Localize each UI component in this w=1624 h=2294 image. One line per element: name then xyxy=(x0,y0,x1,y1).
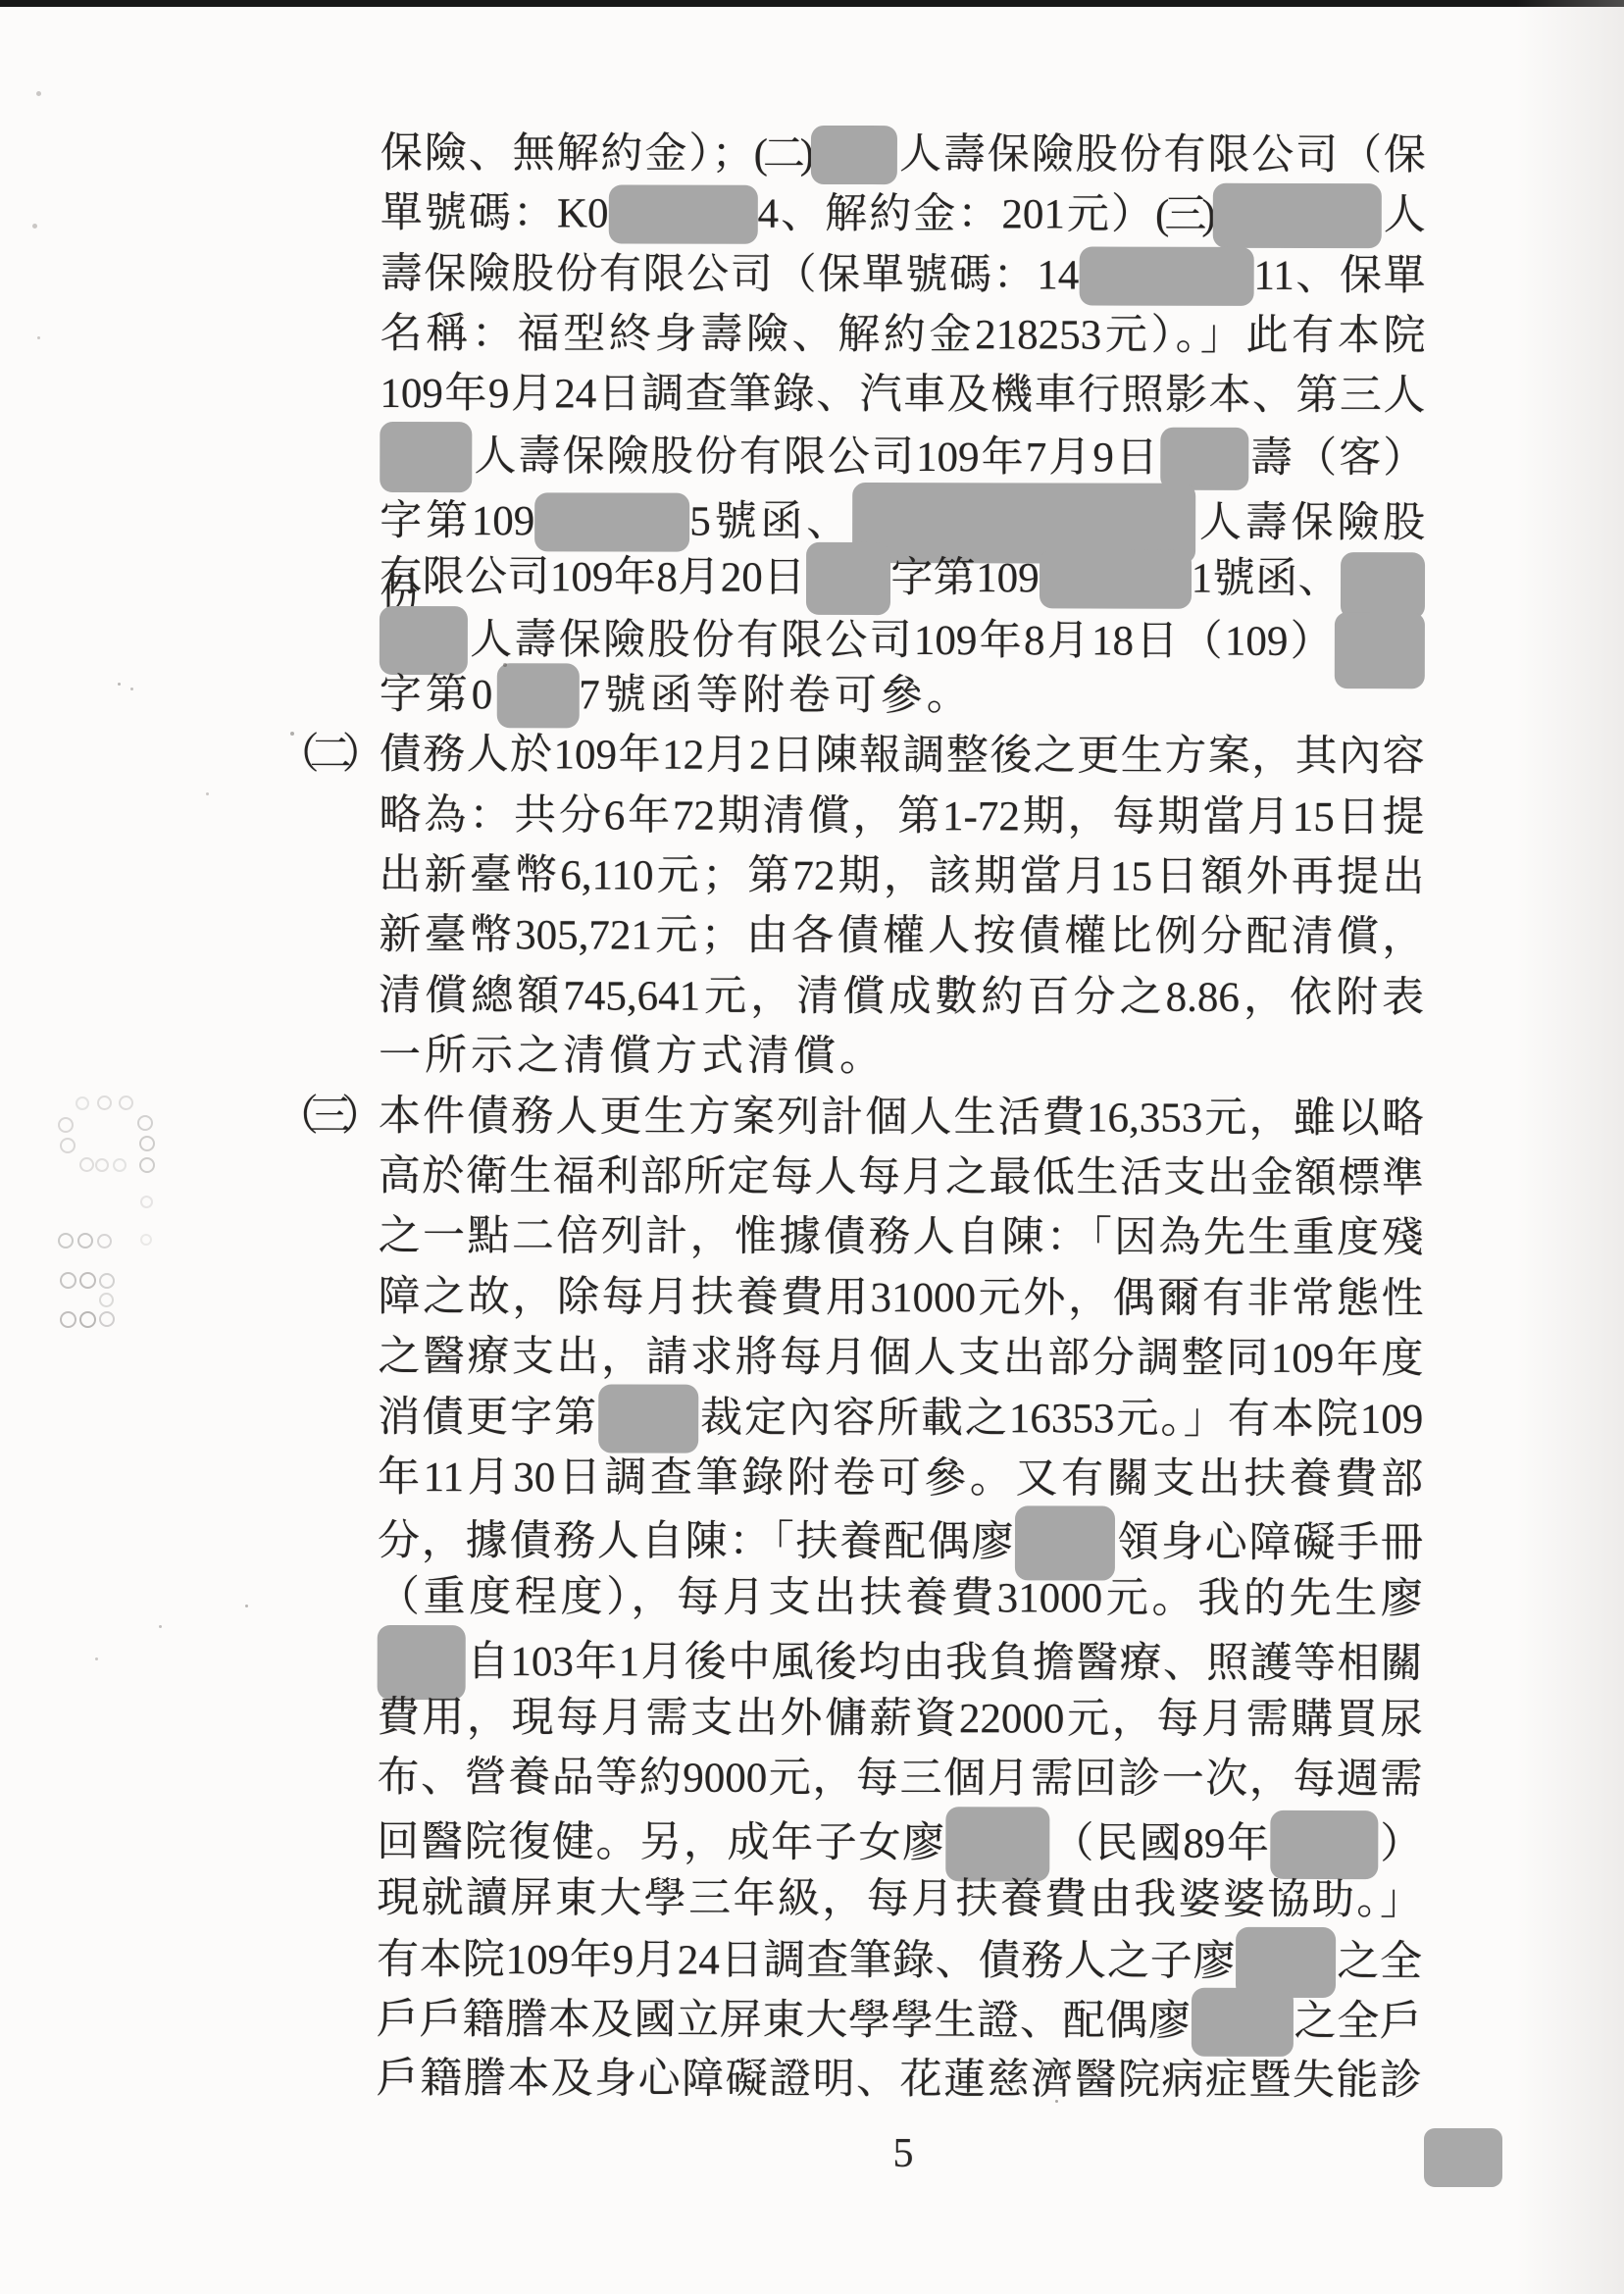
text-line: 回醫院復健。另，成年子女廖（民國89年） xyxy=(377,1809,1422,1871)
text-segment: 裁定內容所載之16353元。」有本院109 xyxy=(698,1396,1423,1444)
text-line: 戶籍謄本及身心障礙證明、花蓮慈濟醫院病症暨失能診 xyxy=(377,2049,1422,2112)
text-segment: 戶籍謄本及身心障礙證明、花蓮慈濟醫院病症暨失能診 xyxy=(377,2056,1422,2104)
text-segment: 5號函、 xyxy=(689,499,852,545)
text-line: 109年9月24日調查筆錄、汽車及機車行照影本、第三人 xyxy=(380,364,1425,427)
ink-speck xyxy=(690,2081,694,2085)
ink-speck xyxy=(206,792,209,795)
ink-speck xyxy=(503,663,507,667)
text-line: 字第07號函等附卷可參。 xyxy=(380,665,1425,728)
ink-speck xyxy=(32,224,37,229)
text-line: 單號碼：K04、解約金：201元）(三)人 xyxy=(381,183,1426,246)
redaction-box xyxy=(609,185,758,244)
punch-hole-ghost-mark xyxy=(137,1115,153,1131)
punch-hole-ghost-mark xyxy=(79,1311,96,1328)
punch-hole-ghost-mark xyxy=(95,1158,109,1172)
text-segment: 保險、無解約金）； xyxy=(381,130,754,178)
text-segment: 出新臺幣6,110元；第72期，該期當月15日額外再提出 xyxy=(379,852,1424,900)
punch-hole-ghost-mark xyxy=(119,1096,133,1110)
text-segment: 略為：共分6年72期清償，第1-72期，每期當月15日提 xyxy=(379,792,1424,841)
text-segment: 現就讀屏東大學三年級，每月扶養費由我婆婆協助。」 xyxy=(377,1875,1422,1923)
text-line: 字第1095號函、人壽保險股份 xyxy=(380,484,1425,547)
ink-speck xyxy=(245,1605,248,1607)
parenthesized-number: (二) xyxy=(754,131,808,178)
punch-hole-ghost-mark xyxy=(139,1157,155,1173)
document-body-text: 保險、無解約金）；(二)人壽保險股份有限公司（保單號碼：K04、解約金：201元… xyxy=(377,124,1426,2112)
text-segment: 人壽保險股份有限公司109年7月9日 xyxy=(472,433,1160,481)
text-segment: 4、解約金：201元） xyxy=(758,191,1156,238)
punch-hole-ghost-mark xyxy=(77,1233,93,1249)
ink-speck xyxy=(159,1625,162,1628)
text-segment: 1號函、 xyxy=(1192,556,1341,602)
text-segment: 高於衛生福利部所定每人每月之最低生活支出金額標準 xyxy=(379,1153,1424,1201)
text-line: 有限公司109年8月20日字第1091號函、 xyxy=(380,544,1425,607)
text-segment: 之全戶 xyxy=(1294,1998,1422,2044)
text-segment: 字第109 xyxy=(890,555,1040,601)
text-line: 名稱：福型終身壽險、解約金218253元）。」此有本院 xyxy=(380,304,1425,367)
punch-hole-ghost-mark xyxy=(113,1158,127,1172)
text-segment: 障之故，除每月扶養費用31000元外，偶爾有非常態性 xyxy=(378,1274,1423,1322)
text-segment: 之醫療支出，請求將每月個人支出部分調整同109年度 xyxy=(378,1334,1423,1382)
redaction-box xyxy=(598,1385,698,1453)
punch-hole-ghost-mark xyxy=(58,1233,74,1249)
text-segment: 有限公司109年8月20日 xyxy=(380,554,806,601)
text-line: 年11月30日調查筆錄附卷可參。又有關支出扶養費部 xyxy=(378,1448,1423,1510)
ink-speck xyxy=(130,688,133,690)
text-segment: 人壽保險股份有限公司（保 xyxy=(897,131,1426,178)
ink-speck xyxy=(37,336,40,339)
redaction-box xyxy=(1079,246,1253,305)
text-segment: 有本院109年9月24日調查筆錄、債務人之子廖 xyxy=(377,1937,1236,1985)
punch-hole-ghost-mark xyxy=(76,1096,89,1110)
punch-hole-ghost-mark xyxy=(60,1138,76,1153)
text-line: 障之故，除每月扶養費用31000元外，偶爾有非常態性 xyxy=(378,1267,1423,1330)
text-segment: 消債更字第 xyxy=(378,1395,598,1441)
text-line: 出新臺幣6,110元；第72期，該期當月15日額外再提出 xyxy=(379,845,1424,908)
text-line: 之醫療支出，請求將每月個人支出部分調整同109年度 xyxy=(378,1327,1423,1390)
text-line: 高於衛生福利部所定每人每月之最低生活支出金額標準 xyxy=(379,1147,1424,1209)
redaction-box xyxy=(1271,1810,1379,1879)
page-number: 5 xyxy=(381,2130,1426,2177)
section-marker: （三） xyxy=(277,1086,374,1147)
ink-speck xyxy=(118,683,121,686)
text-segment: （重度程度），每月支出扶養費31000元。我的先生廖 xyxy=(378,1574,1423,1622)
text-line: 自103年1月後中風後均由我負擔醫療、照護等相關 xyxy=(378,1628,1423,1691)
punch-hole-ghost-mark xyxy=(97,1234,112,1249)
redaction-box xyxy=(811,126,897,184)
text-line: 分，據債務人自陳：「扶養配偶廖領身心障礙手冊 xyxy=(378,1507,1423,1570)
text-segment: 自103年1月後中風後均由我負擔醫療、照護等相關 xyxy=(466,1639,1423,1687)
text-segment: （民國89年 xyxy=(1050,1820,1271,1866)
punch-hole-ghost-mark xyxy=(99,1273,115,1289)
text-line: 戶戶籍謄本及國立屏東大學學生證、配偶廖之全戶 xyxy=(377,1989,1422,2052)
ink-speck xyxy=(95,1657,98,1660)
corner-redaction-box xyxy=(1424,2128,1502,2187)
ink-speck xyxy=(36,91,41,96)
text-segment: 布、營養品等約9000元，每三個月需回診一次，每週需 xyxy=(377,1755,1422,1803)
text-segment: 戶戶籍謄本及國立屏東大學學生證、配偶廖 xyxy=(377,1997,1192,2045)
redaction-box xyxy=(1160,427,1248,489)
parenthesized-number: (三) xyxy=(1155,192,1209,238)
text-line: 清償總額745,641元，清償成數約百分之8.86，依附表 xyxy=(379,966,1424,1029)
redaction-box xyxy=(806,542,890,615)
text-segment: 單號碼：K0 xyxy=(381,190,609,236)
scanned-document-page: 保險、無解約金）；(二)人壽保險股份有限公司（保單號碼：K04、解約金：201元… xyxy=(0,0,1624,2294)
punch-hole-ghost-mark xyxy=(140,1234,152,1246)
redaction-box xyxy=(1040,550,1192,609)
punch-hole-ghost-mark xyxy=(99,1293,114,1307)
text-segment: 11、保單 xyxy=(1253,253,1425,299)
text-line: 略為：共分6年72期清償，第1-72期，每期當月15日提 xyxy=(379,786,1424,848)
text-segment: 一所示之清償方式清償。 xyxy=(379,1033,886,1080)
text-segment: 人 xyxy=(1382,192,1426,238)
text-segment: 清償總額745,641元，清償成數約百分之8.86，依附表 xyxy=(379,973,1424,1021)
text-segment: 109年9月24日調查筆錄、汽車及機車行照影本、第三人 xyxy=(380,371,1425,419)
redaction-box xyxy=(1213,183,1382,248)
ink-speck xyxy=(290,732,294,736)
text-segment: 年11月30日調查筆錄附卷可參。又有關支出扶養費部 xyxy=(378,1454,1423,1503)
text-line: 新臺幣305,721元；由各債權人按債權比例分配清償， xyxy=(379,905,1424,968)
text-line: （重度程度），每月支出扶養費31000元。我的先生廖 xyxy=(378,1567,1423,1630)
text-segment: 領身心障礙手冊 xyxy=(1115,1519,1423,1566)
punch-hole-ghost-mark xyxy=(58,1117,74,1133)
text-segment: 壽保險股份有限公司（保單號碼：14 xyxy=(381,251,1080,298)
ink-speck xyxy=(1055,2100,1058,2103)
text-segment: 回醫院復健。另，成年子女廖 xyxy=(377,1818,946,1865)
text-line: 保險、無解約金）；(二)人壽保險股份有限公司（保 xyxy=(381,124,1426,186)
text-line: 人壽保險股份有限公司109年8月18日（109） xyxy=(380,605,1425,668)
text-line: 人壽保險股份有限公司109年7月9日壽（客） xyxy=(380,425,1425,487)
text-segment: 費用，現每月需支出外傭薪資22000元，每月需購買尿 xyxy=(378,1695,1423,1743)
text-line: 一所示之清償方式清償。 xyxy=(379,1026,1424,1089)
text-line: （三）本件債務人更生方案列計個人生活費16,353元，雖以略 xyxy=(379,1086,1424,1148)
text-line: （二）債務人於109年12月2日陳報調整後之更生方案，其內容 xyxy=(380,725,1425,788)
redaction-box xyxy=(534,492,689,551)
text-segment: 字第0 xyxy=(380,672,497,718)
text-line: 費用，現每月需支出外傭薪資22000元，每月需購買尿 xyxy=(378,1688,1423,1751)
text-segment: 名稱：福型終身壽險、解約金218253元）。」此有本院 xyxy=(381,311,1426,359)
text-line: 壽保險股份有限公司（保單號碼：1411、保單 xyxy=(381,244,1426,307)
text-segment: 債務人於109年12月2日陳報調整後之更生方案，其內容 xyxy=(380,732,1425,780)
text-segment: 字第109 xyxy=(380,498,534,544)
text-segment: 壽（客） xyxy=(1248,434,1425,481)
text-segment: 分，據債務人自陳：「扶養配偶廖 xyxy=(378,1518,1016,1565)
text-line: 之一點二倍列計，惟據債務人自陳：「因為先生重度殘 xyxy=(379,1206,1424,1269)
text-line: 現就讀屏東大學三年級，每月扶養費由我婆婆協助。」 xyxy=(377,1868,1422,1931)
text-segment: 之一點二倍列計，惟據債務人自陳：「因為先生重度殘 xyxy=(379,1213,1424,1261)
redaction-box xyxy=(1192,1987,1294,2056)
punch-hole-ghost-mark xyxy=(60,1272,76,1289)
text-segment: 之全 xyxy=(1336,1939,1422,1985)
text-line: 消債更字第裁定內容所載之16353元。」有本院109 xyxy=(378,1387,1423,1450)
text-line: 有本院109年9月24日調查筆錄、債務人之子廖之全 xyxy=(377,1928,1422,1991)
punch-hole-ghost-mark xyxy=(79,1157,94,1172)
text-line: 布、營養品等約9000元，每三個月需回診一次，每週需 xyxy=(377,1748,1422,1810)
punch-hole-ghost-mark xyxy=(60,1311,76,1328)
punch-hole-ghost-mark xyxy=(97,1096,112,1110)
punch-hole-ghost-mark xyxy=(139,1136,155,1151)
text-segment: 新臺幣305,721元；由各債權人按債權比例分配清償， xyxy=(379,912,1424,960)
punch-hole-ghost-mark xyxy=(99,1311,115,1327)
redaction-box xyxy=(496,663,579,728)
text-segment: 7號函等附卷可參。 xyxy=(579,673,973,720)
text-segment: ） xyxy=(1379,1821,1423,1867)
punch-hole-ghost-mark xyxy=(140,1196,153,1208)
text-segment: 人壽保險股份有限公司109年8月18日（109） xyxy=(468,617,1335,665)
redaction-box xyxy=(380,422,472,492)
text-segment: 本件債務人更生方案列計個人生活費16,353元，雖以略 xyxy=(379,1093,1424,1141)
scan-edge-artifact xyxy=(0,0,1624,7)
punch-hole-ghost-mark xyxy=(79,1272,96,1289)
